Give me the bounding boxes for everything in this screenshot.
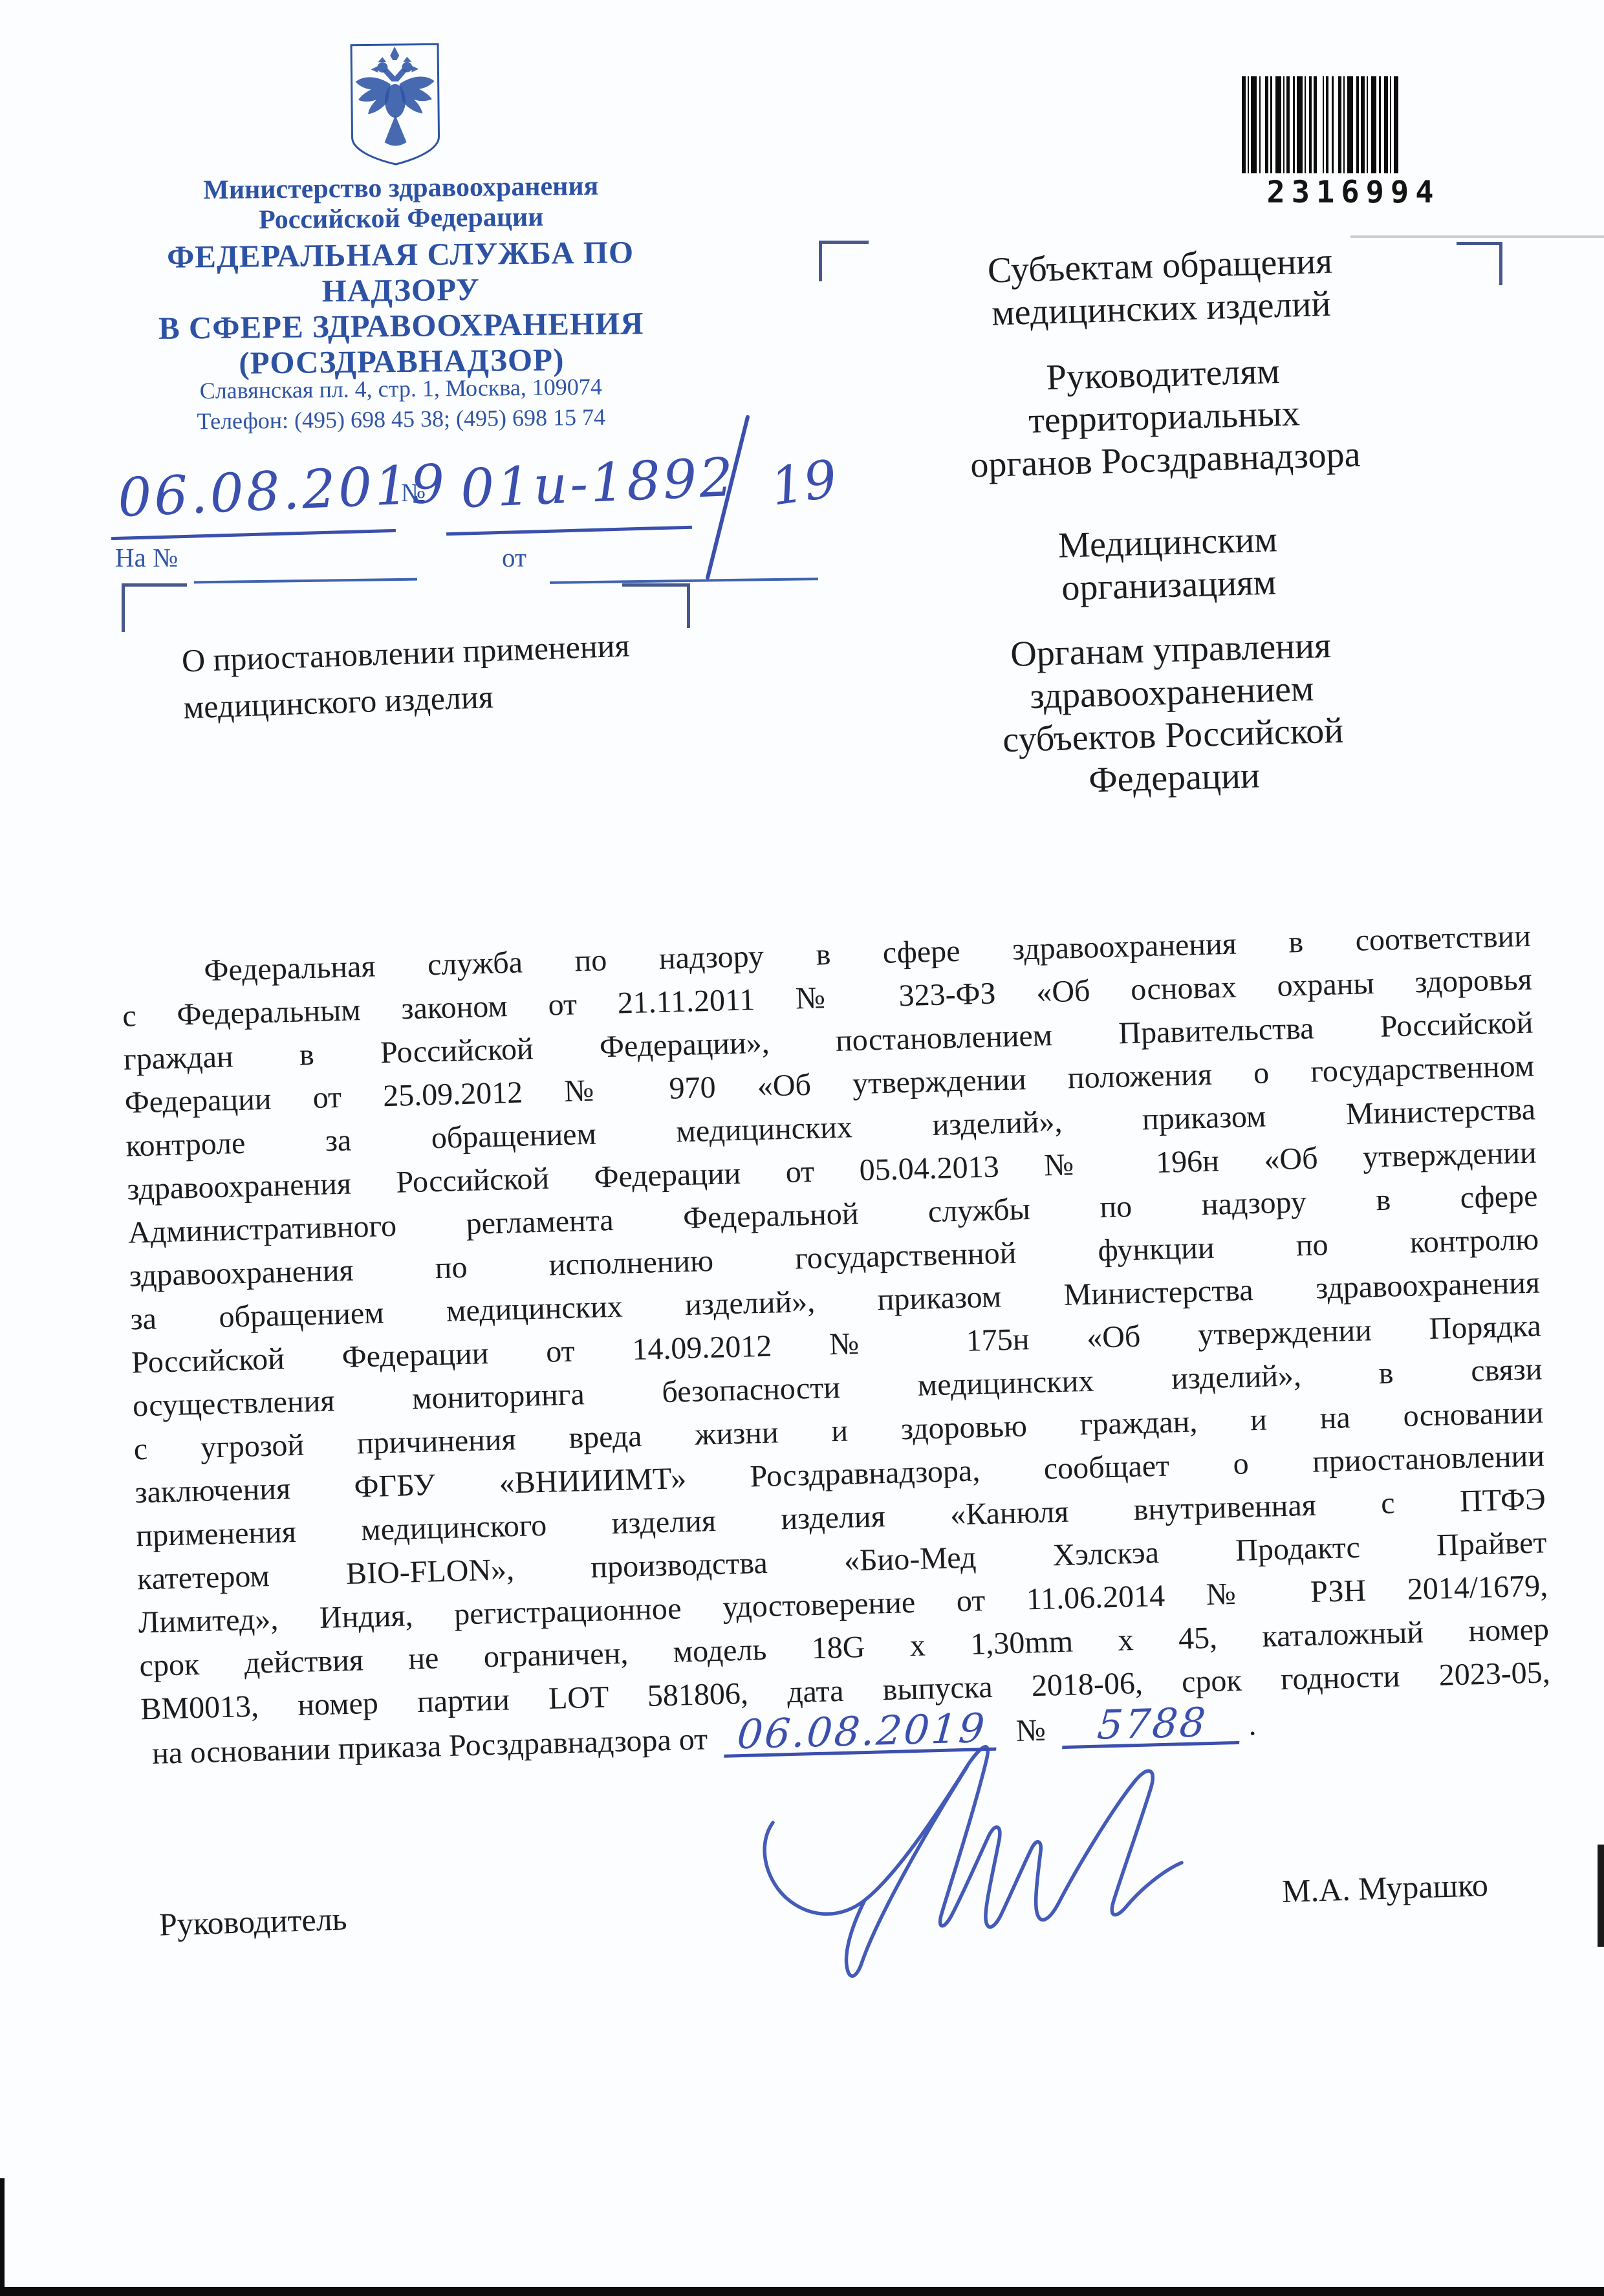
scan-edge-left xyxy=(0,2178,5,2296)
signer-name: М.А. Мурашко xyxy=(1281,1866,1488,1910)
coat-of-arms-icon xyxy=(346,39,444,170)
addressee-group: Органам управленияздравоохранениемсубъек… xyxy=(830,619,1514,808)
addressee-group: Субъектам обращениямедицинских изделий xyxy=(820,235,1501,340)
addressee-group: Руководителямтерриториальныхорганов Росз… xyxy=(823,343,1505,490)
reference-label: На № xyxy=(115,542,178,573)
outgoing-date-handwritten: 06.08.2019 xyxy=(116,453,448,529)
number-underline xyxy=(446,526,692,536)
letter-body: Федеральная служба по надзору в сфере зд… xyxy=(121,915,1552,1776)
handwritten-signature-icon xyxy=(753,1740,1200,1998)
service-line2: В СФЕРЕ ЗДРАВООХРАНЕНИЯ xyxy=(91,305,712,347)
last-line-printed-text: на основании приказа Росздравнадзора от xyxy=(141,1722,718,1771)
reference-from-label: от xyxy=(502,542,526,573)
letter-subject: О приостановлении применения медицинског… xyxy=(181,620,689,730)
signer-title: Руководитель xyxy=(158,1900,347,1943)
number-sign-label: № xyxy=(401,477,426,508)
barcode-bars xyxy=(1242,76,1465,173)
service-name: ФЕДЕРАЛЬНАЯ СЛУЖБА ПО НАДЗОРУ В СФЕРЕ ЗД… xyxy=(90,233,712,382)
scan-edge-bottom xyxy=(0,2287,1604,2296)
date-underline xyxy=(111,529,396,540)
phone-numbers: Телефон: (495) 698 45 38; (495) 698 15 7… xyxy=(91,401,711,438)
barcode-digits: 2316994 xyxy=(1242,175,1465,210)
scan-edge-right xyxy=(1598,1845,1604,1947)
last-line-period: . xyxy=(1248,1707,1257,1742)
outgoing-number-handwritten: 01и-1892 xyxy=(459,447,737,520)
reference-number-blank xyxy=(194,578,417,584)
registration-barcode: 2316994 xyxy=(1242,76,1465,210)
body-paragraph: Федеральная служба по надзору в сфере зд… xyxy=(121,915,1551,1731)
addressee-group: Медицинскиморганизациям xyxy=(828,512,1509,616)
ministry-name: Министерство здравоохранения Российской … xyxy=(110,170,693,237)
addressee-list: Субъектам обращениямедицинских изделийРу… xyxy=(820,235,1515,832)
scanned-letter-page: Министерство здравоохранения Российской … xyxy=(0,0,1604,2296)
ministry-line2: Российской Федерации xyxy=(110,200,692,237)
contact-block: Славянская пл. 4, стр. 1, Москва, 109074… xyxy=(91,371,712,438)
service-line1: ФЕДЕРАЛЬНАЯ СЛУЖБА ПО НАДЗОРУ xyxy=(90,233,711,311)
subject-field-corner-left xyxy=(122,583,187,632)
